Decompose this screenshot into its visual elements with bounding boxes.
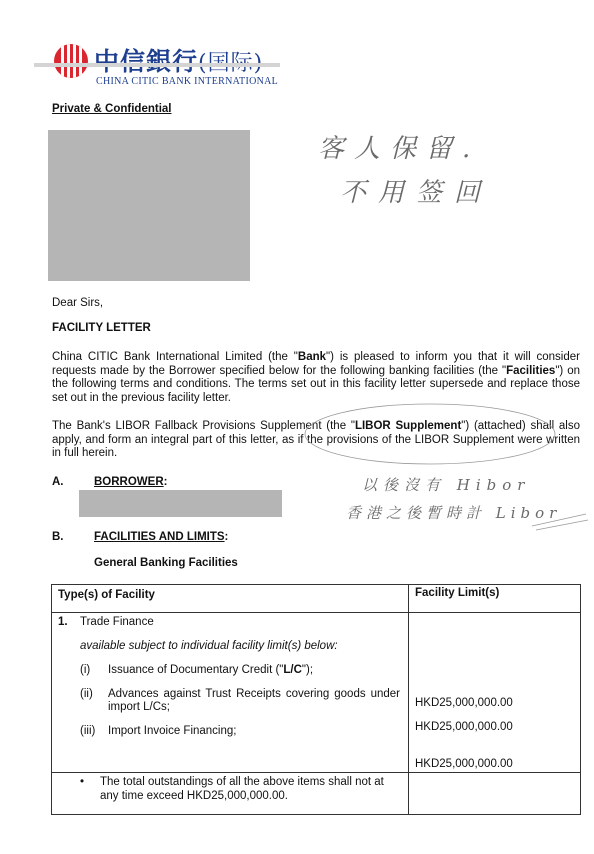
section-b-title: FACILITIES AND LIMITS:	[94, 531, 228, 543]
table-row: • The total outstandings of all the abov…	[52, 773, 581, 815]
facility-item-note: available subject to individual facility…	[52, 628, 408, 652]
facility-table: Type(s) of Facility Facility Limit(s) 1.…	[51, 584, 581, 815]
sub-item-row: (iii) Import Invoice Financing;	[52, 715, 408, 739]
letter-title: FACILITY LETTER	[52, 322, 151, 334]
table-row: 1. Trade Finance available subject to in…	[52, 613, 581, 773]
handwritten-side-note-line1: 以後沒有 Hibor	[362, 474, 530, 495]
section-a-letter: A.	[52, 476, 64, 488]
salutation: Dear Sirs,	[52, 297, 103, 309]
classification-label: Private & Confidential	[52, 103, 172, 115]
total-outstanding-note: • The total outstandings of all the abov…	[52, 773, 408, 814]
redacted-address-block	[48, 130, 250, 281]
header-facility-limit: Facility Limit(s)	[415, 585, 580, 612]
table-header-row: Type(s) of Facility Facility Limit(s)	[52, 585, 581, 613]
facility-limit-value: HKD25,000,000.00	[415, 613, 580, 711]
handwritten-note-line2: 不用签回	[340, 172, 492, 209]
bank-name-english: CHINA CITIC BANK INTERNATIONAL	[96, 76, 278, 87]
facility-limit-value: HKD25,000,000.00	[415, 711, 580, 735]
handwritten-note-line1: 客人保留.	[318, 128, 480, 165]
section-a-title: BORROWER:	[94, 476, 167, 488]
handwritten-underline-mark	[530, 512, 590, 532]
general-banking-facilities-heading: General Banking Facilities	[94, 557, 238, 569]
citic-logo-icon	[54, 44, 88, 78]
facility-limit-value: HKD25,000,000.00	[415, 734, 580, 772]
redacted-borrower-name	[79, 490, 282, 517]
sub-item-row: (i) Issuance of Documentary Credit ("L/C…	[52, 652, 408, 678]
bank-name-chinese: 中信銀行(国际)	[94, 42, 263, 78]
section-b-letter: B.	[52, 531, 64, 543]
scan-artifact-line	[34, 63, 280, 67]
facility-item: 1. Trade Finance	[52, 613, 408, 628]
sub-item-row: (ii) Advances against Trust Receipts cov…	[52, 678, 408, 715]
header-facility-type: Type(s) of Facility	[52, 585, 408, 612]
facility-item-title: Trade Finance	[80, 616, 154, 628]
handwritten-circle-mark	[300, 398, 560, 470]
